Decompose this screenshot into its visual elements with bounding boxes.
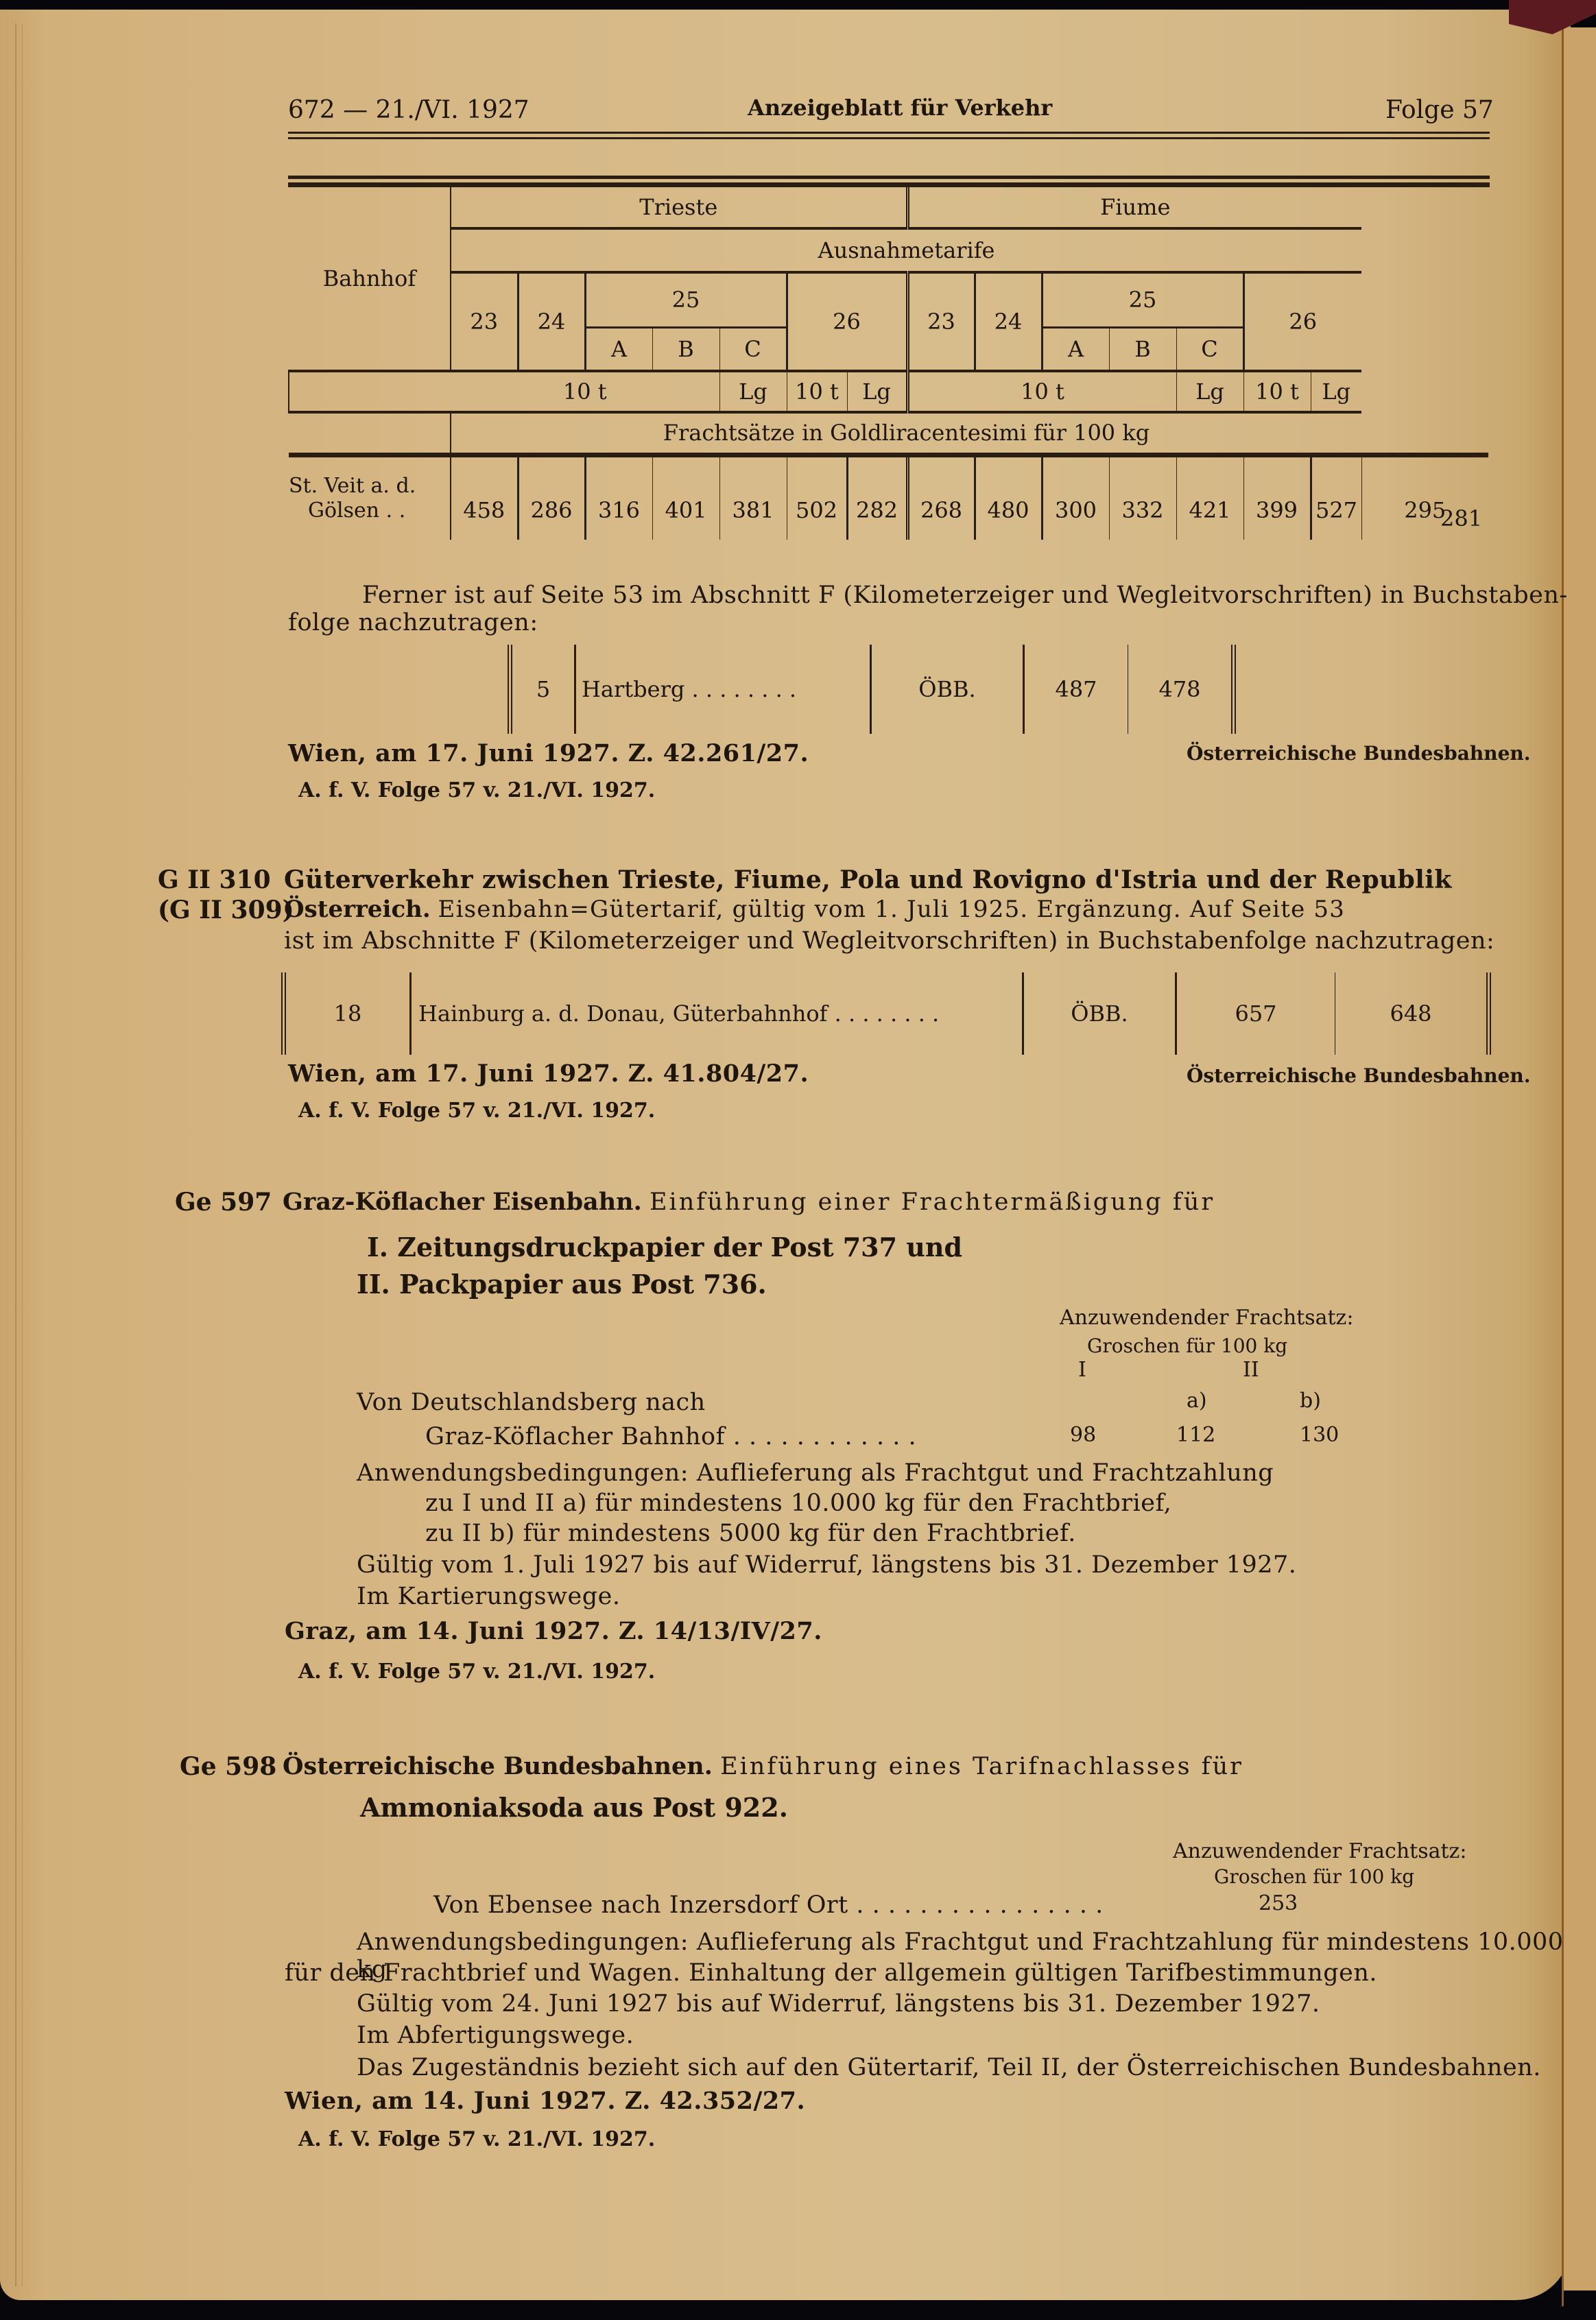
entry-value: 648 (1335, 972, 1491, 1055)
table-rule (288, 182, 1490, 187)
entry-station: Hainburg a. d. Donau, Güterbahnhof . . .… (409, 972, 1022, 1055)
section-text: ist im Abschnitte F (Kilometerzeiger und… (284, 927, 1494, 955)
rate-cell: 458 (451, 455, 518, 540)
section-line: Österreich. Eisenbahn=Gütertarif, gültig… (284, 896, 1345, 923)
rate-value: 98 (1070, 1423, 1096, 1447)
unit-lg: Lg (847, 371, 907, 412)
column-label: b) (1300, 1389, 1321, 1413)
section-text: Einführung eines Tarifnachlasses für (720, 1753, 1243, 1780)
tariff-table: Bahnhof Trieste Fiume Ausnahmetarife 23 … (288, 187, 1488, 540)
issuer: Österreichische Bundesbahnen. (1187, 742, 1531, 765)
signature-line: Wien, am 17. Juni 1927. Z. 42.261/27. (288, 739, 809, 767)
column-label: II (1243, 1358, 1259, 1382)
section-title: Graz-Köflacher Eisenbahn. (283, 1188, 642, 1216)
route-from: Von Deutschlandsberg nach (357, 1389, 706, 1416)
entry-number: 18 (281, 972, 409, 1055)
validity-text: Gültig vom 1. Juli 1927 bis auf Widerruf… (357, 1551, 1296, 1579)
conditions-text: zu I und II a) für mindestens 10.000 kg … (425, 1490, 1171, 1517)
unit-lg: Lg (1311, 371, 1361, 412)
col-25-c: C (1176, 327, 1243, 371)
col-25-a: A (1042, 327, 1109, 371)
rate-cell: 316 (585, 455, 652, 540)
section-line: Graz-Köflacher Eisenbahn. Einführung ein… (283, 1188, 1215, 1216)
rate-header-unit: Groschen für 100 kg (1087, 1335, 1287, 1357)
method-text: Im Kartierungswege. (357, 1583, 620, 1610)
col-23: 23 (907, 272, 975, 371)
rate-value: 253 (1259, 1891, 1298, 1915)
rate-header-unit: Groschen für 100 kg (1214, 1865, 1414, 1888)
km-entry-table: 5 Hartberg . . . . . . . . ÖBB. 487 478 (508, 645, 1236, 734)
bahnhof-header: Bahnhof (289, 187, 451, 371)
validity-text: Gültig vom 24. Juni 1927 bis auf Widerru… (357, 1990, 1320, 2018)
reference: A. f. V. Folge 57 v. 21./VI. 1927. (298, 1660, 655, 1684)
section-line: Österreichische Bundesbahnen. Einführung… (283, 1752, 1243, 1780)
section-code: Ge 597 (175, 1188, 272, 1217)
route-to: Graz-Köflacher Bahnhof . . . . . . . . .… (425, 1423, 916, 1450)
unit-10t: 10 t (907, 371, 1176, 412)
entry-railway: ÖBB. (870, 645, 1023, 734)
page-edge-line (22, 23, 23, 2286)
station-name-cont: Gölsen . . (289, 499, 450, 523)
col-25-a: A (585, 327, 652, 371)
rate-cell: 480 (975, 455, 1042, 540)
rate-value: 130 (1300, 1423, 1339, 1447)
conditions-text: für den Frachtbrief und Wagen. Einhaltun… (285, 1959, 1377, 1987)
entry-value: 657 (1175, 972, 1335, 1055)
rate-cell: 286 (518, 455, 585, 540)
section-title-cont: Österreich. (284, 896, 431, 923)
entry-railway: ÖBB. (1022, 972, 1175, 1055)
header-rule (288, 132, 1490, 134)
paragraph-text: Ferner ist auf Seite 53 im Abschnitt F (… (362, 582, 1568, 609)
rate-cell: 282 (847, 455, 907, 540)
issuer: Österreichische Bundesbahnen. (1187, 1064, 1531, 1087)
group-header-fiume: Fiume (907, 187, 1361, 228)
rate-cell: 300 (1042, 455, 1109, 540)
col-25: 25 (1042, 272, 1243, 327)
paragraph-text: folge nachzutragen: (288, 609, 538, 636)
col-26: 26 (1243, 272, 1361, 371)
unit-10t: 10 t (451, 371, 719, 412)
conditions-text: Anwendungsbedingungen: Auflieferung als … (357, 1459, 1274, 1487)
col-26: 26 (787, 272, 907, 371)
col-24: 24 (518, 272, 585, 371)
col-25-b: B (652, 327, 719, 371)
col-25: 25 (585, 272, 787, 327)
section-code: Ge 598 (180, 1752, 276, 1781)
reference: A. f. V. Folge 57 v. 21./VI. 1927. (298, 778, 655, 802)
group-header-trieste: Trieste (451, 187, 907, 228)
signature-line: Wien, am 14. Juni 1927. Z. 42.352/27. (285, 2087, 805, 2115)
signature-line: Wien, am 17. Juni 1927. Z. 41.804/27. (288, 1060, 809, 1088)
entry-station: Hartberg . . . . . . . . (574, 645, 870, 734)
section-code: G II 310 (158, 865, 271, 894)
page-number-date: 672 — 21./VI. 1927 (288, 96, 529, 124)
rate-cell: 399 (1243, 455, 1311, 540)
rate-cell: 281 (1440, 505, 1482, 531)
rate-cell: 527 (1311, 455, 1361, 540)
rate-cell: 502 (787, 455, 847, 540)
unit-10t: 10 t (787, 371, 847, 412)
rate-header: Anzuwendender Frachtsatz: (1060, 1306, 1353, 1330)
unit-10t: 10 t (1243, 371, 1311, 412)
publication-title: Anzeigeblatt für Verkehr (748, 95, 1052, 121)
page-edge-line (15, 23, 16, 2286)
rate-value: 112 (1176, 1423, 1215, 1447)
entry-value: 487 (1023, 645, 1128, 734)
rate-header: Anzuwendender Frachtsatz: (1173, 1839, 1466, 1863)
table-row: St. Veit a. d. Gölsen . . 458 286 316 40… (289, 455, 1488, 540)
issue-number: Folge 57 (1385, 96, 1494, 124)
unit-lg: Lg (1176, 371, 1243, 412)
note-text: Das Zugeständnis bezieht sich auf den Gü… (357, 2054, 1541, 2081)
section-code-previous: (G II 309) (158, 896, 294, 924)
method-text: Im Abfertigungswege. (357, 2022, 634, 2049)
col-23: 23 (451, 272, 518, 371)
section-text: Einführung einer Frachtermäßigung für (650, 1188, 1215, 1216)
col-25-c: C (719, 327, 787, 371)
item-heading: Ammoniaksoda aus Post 922. (360, 1792, 788, 1823)
rate-cell: 421 (1176, 455, 1243, 540)
rate-cell: 401 (652, 455, 719, 540)
section-text: Eisenbahn=Gütertarif, gültig vom 1. Juli… (438, 896, 1346, 923)
section-title: Güterverkehr zwischen Trieste, Fiume, Po… (284, 865, 1452, 894)
reference: A. f. V. Folge 57 v. 21./VI. 1927. (298, 2127, 655, 2151)
table-rule (288, 176, 1490, 179)
km-entry-table: 18 Hainburg a. d. Donau, Güterbahnhof . … (281, 972, 1491, 1055)
entry-number: 5 (508, 645, 574, 734)
conditions-text: zu II b) für mindestens 5000 kg für den … (425, 1520, 1076, 1547)
item-heading: I. Zeitungsdruckpapier der Post 737 und (367, 1232, 962, 1263)
col-25-b: B (1109, 327, 1176, 371)
rate-cell: 268 (907, 455, 975, 540)
rate-cell: 381 (719, 455, 787, 540)
unit-lg: Lg (719, 371, 787, 412)
rate-caption: Frachtsätze in Goldliracentesimi für 100… (451, 412, 1361, 455)
rate-cell: 332 (1109, 455, 1176, 540)
section-title: Österreichische Bundesbahnen. (283, 1752, 713, 1780)
column-label: I (1078, 1358, 1086, 1382)
item-heading: II. Packpapier aus Post 736. (357, 1269, 767, 1300)
entry-value: 478 (1128, 645, 1236, 734)
signature-line: Graz, am 14. Juni 1927. Z. 14/13/IV/27. (285, 1617, 822, 1645)
col-24: 24 (975, 272, 1042, 371)
station-name: St. Veit a. d. (289, 474, 450, 499)
header-rule (288, 137, 1490, 139)
reference: A. f. V. Folge 57 v. 21./VI. 1927. (298, 1099, 655, 1123)
column-label: a) (1187, 1389, 1207, 1413)
tariff-type-header: Ausnahmetarife (451, 228, 1361, 272)
route: Von Ebensee nach Inzersdorf Ort . . . . … (433, 1891, 1104, 1919)
